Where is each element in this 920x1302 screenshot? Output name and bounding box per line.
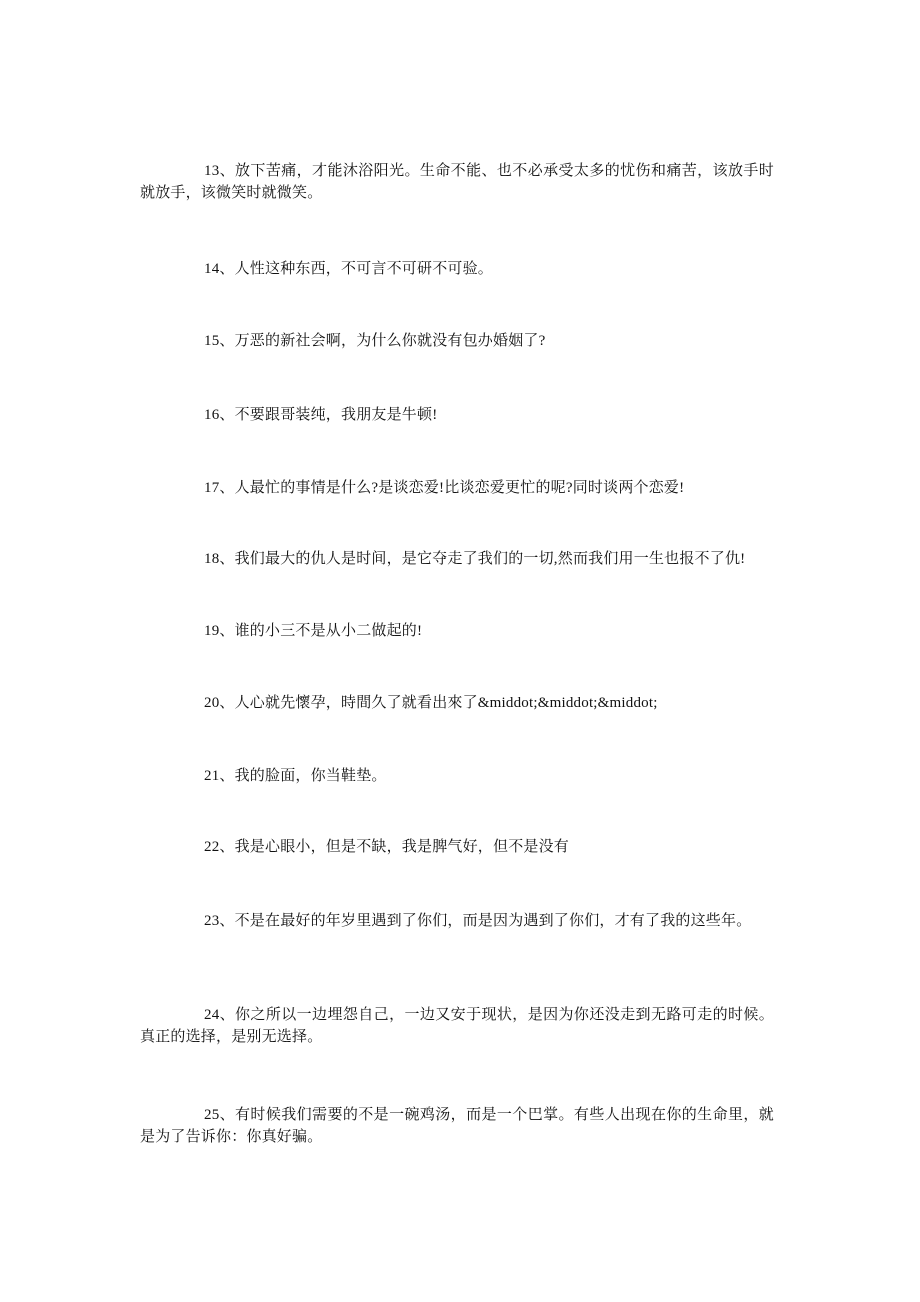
paragraph-21: 21、我的脸面，你当鞋垫。 xyxy=(140,765,840,787)
paragraph-24: 24、你之所以一边埋怨自己，一边又安于现状，是因为你还没走到无路可走的时候。真正… xyxy=(140,1004,774,1048)
paragraph-14: 14、人性这种东西，不可言不可研不可验。 xyxy=(140,258,840,280)
paragraph-19: 19、谁的小三不是从小二做起的! xyxy=(140,620,840,642)
paragraph-18: 18、我们最大的仇人是时间，是它夺走了我们的一切,然而我们用一生也报不了仇! xyxy=(140,548,840,570)
paragraph-16: 16、不要跟哥装纯，我朋友是牛顿! xyxy=(140,404,840,426)
paragraph-22: 22、我是心眼小，但是不缺，我是脾气好，但不是没有 xyxy=(140,836,840,858)
document-page: 13、放下苦痛，才能沐浴阳光。生命不能、也不必承受太多的忧伤和痛苦，该放手时就放… xyxy=(0,0,920,1302)
paragraph-20: 20、人心就先懷孕，時間久了就看出來了&middot;&middot;&midd… xyxy=(140,692,840,714)
paragraph-17: 17、人最忙的事情是什么?是谈恋爱!比谈恋爱更忙的呢?同时谈两个恋爱! xyxy=(140,477,840,499)
paragraph-13: 13、放下苦痛，才能沐浴阳光。生命不能、也不必承受太多的忧伤和痛苦，该放手时就放… xyxy=(140,160,774,204)
paragraph-15: 15、万恶的新社会啊，为什么你就没有包办婚姻了? xyxy=(140,330,840,352)
paragraph-25: 25、有时候我们需要的不是一碗鸡汤，而是一个巴掌。有些人出现在你的生命里，就是为… xyxy=(140,1104,774,1148)
paragraph-23: 23、不是在最好的年岁里遇到了你们，而是因为遇到了你们，才有了我的这些年。 xyxy=(140,910,840,932)
